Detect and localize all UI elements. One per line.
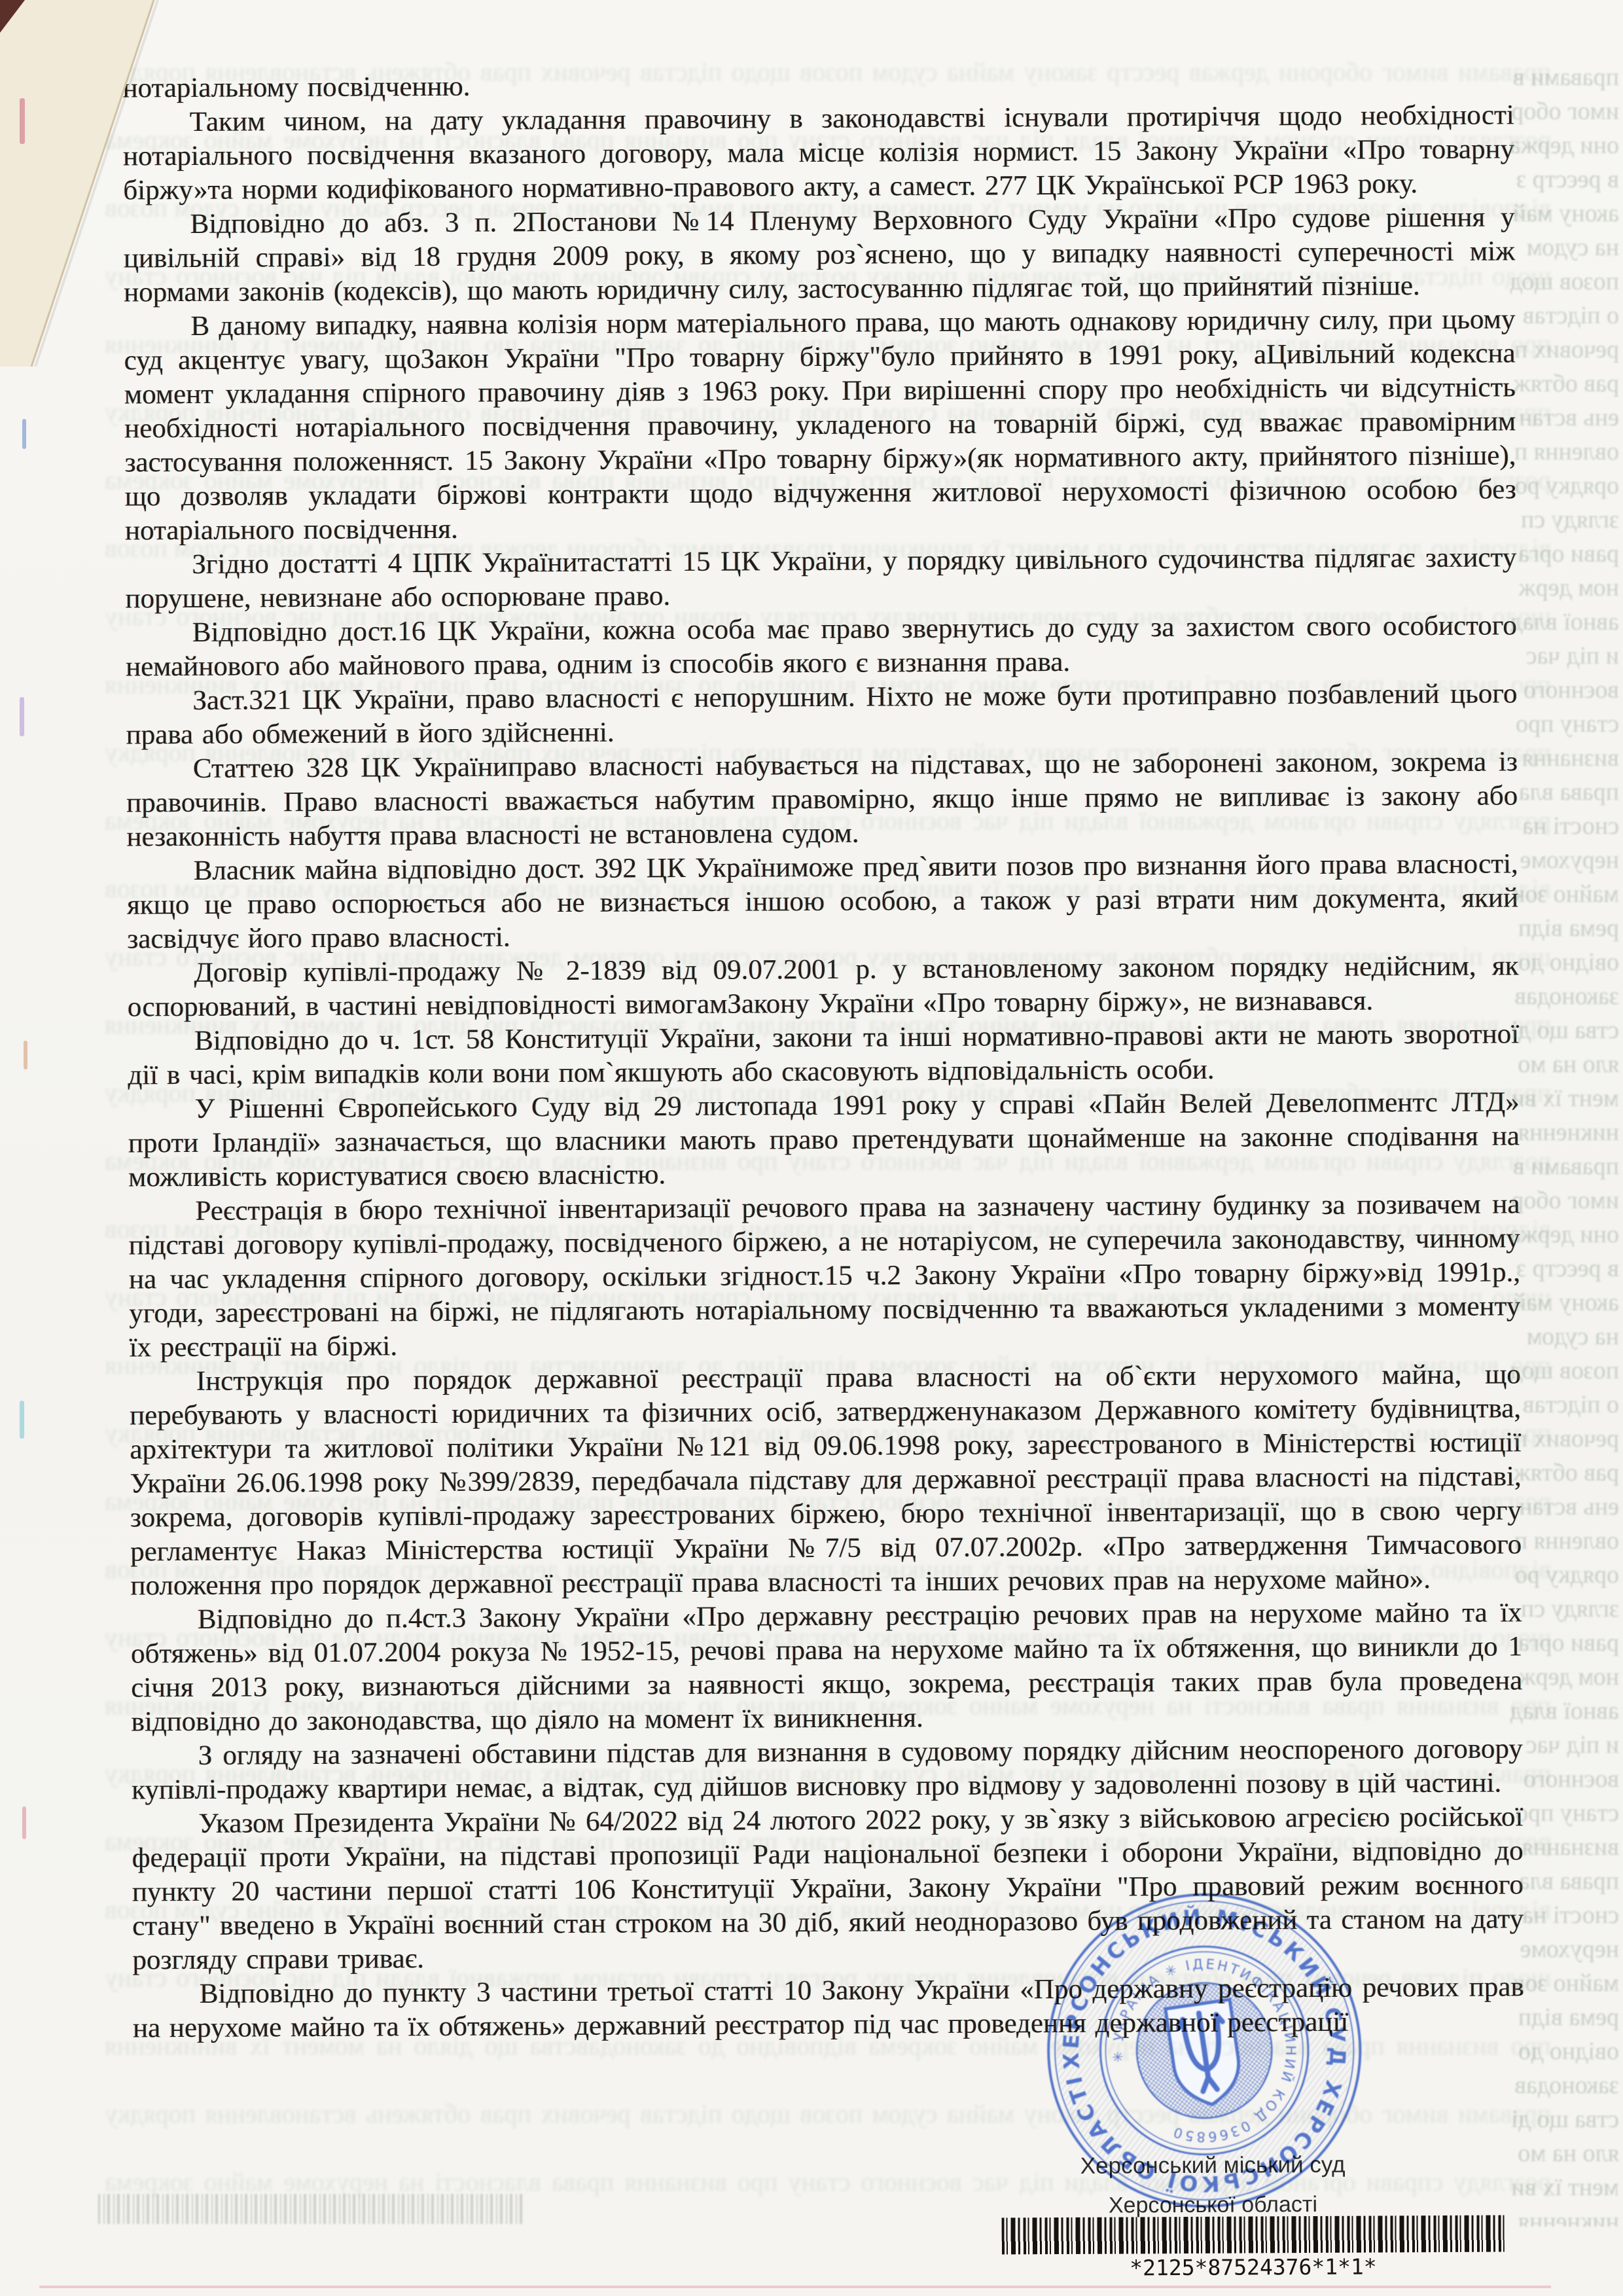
scanned-court-document-page: правами вимог оборони держав реєстр зако… <box>0 0 1623 2296</box>
scan-edge-mark <box>20 697 24 736</box>
barcode-number: *2125*87524376*1*1* <box>1002 2253 1505 2281</box>
scan-bottom-streak <box>39 2286 1551 2288</box>
scan-edge-mark <box>22 1806 26 1839</box>
bleedthrough-barcode <box>98 2194 522 2224</box>
scan-edge-mark <box>20 98 25 144</box>
scan-edge-mark <box>20 1401 24 1439</box>
page-fold-corner <box>0 0 177 380</box>
scan-edge-mark <box>24 1041 27 1069</box>
bleedthrough-right-margin: правами вимог оборони держав реєстр зако… <box>1509 60 1619 2227</box>
bleedthrough-text-layer: правами вимог оборони держав реєстр зако… <box>105 38 1551 2237</box>
scan-edge-mark <box>22 419 26 449</box>
